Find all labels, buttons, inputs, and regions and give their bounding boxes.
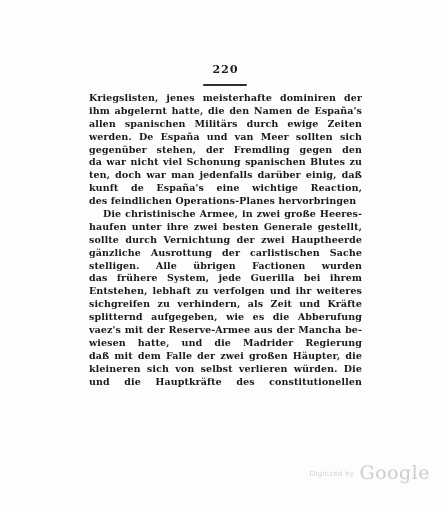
- text-line: gegenüber stehen, der Fremdling gegen de…: [89, 145, 362, 158]
- text-line: splitternd aufgegeben, wie es die Abberu…: [89, 312, 362, 325]
- text-line: da war nicht viel Schonung spanischen Bl…: [89, 157, 362, 170]
- text-line: ihm abgelernt hatte, die den Namen de Es…: [89, 106, 362, 119]
- text-line: Entstehen, lebhaft zu verfolgen und ihr …: [89, 286, 362, 299]
- text-line: kleineren sich von selbst verlieren würd…: [89, 364, 362, 377]
- text-line: gänzliche Ausrottung der carlistischen S…: [89, 248, 362, 261]
- text-line: allen spanischen Militärs durch ewige Ze…: [89, 119, 362, 132]
- text-line: sollte durch Vernichtung der zwei Haupth…: [89, 235, 362, 248]
- text-line: vaez's mit der Reserve-Armee aus der Man…: [89, 325, 362, 338]
- text-line: daß mit dem Falle der zwei großen Häupte…: [89, 351, 362, 364]
- header-rule: [203, 84, 247, 86]
- digitized-by-label: Digitized by: [310, 469, 355, 478]
- page-number: 220: [89, 63, 362, 76]
- text-line: und die Hauptkräfte des constitutionelle…: [89, 377, 362, 390]
- google-watermark: Digitized by Google: [0, 462, 430, 484]
- text-line: das frühere System, jede Guerilla bei ih…: [89, 273, 362, 286]
- text-line: kunft de España's eine wichtige Reaction…: [89, 183, 362, 196]
- text-line: werden. De España und van Meer sollten s…: [89, 132, 362, 145]
- text-line: sichgreifen zu verhindern, als Zeit und …: [89, 299, 362, 312]
- body-text: Kriegslisten, jenes meisterhafte dominir…: [89, 93, 362, 389]
- text-line: Kriegslisten, jenes meisterhafte dominir…: [89, 93, 362, 106]
- text-line: wiesen hatte, und die Madrider Regierung…: [89, 338, 362, 351]
- text-line: ten, doch war man jedenfalls darüber ein…: [89, 170, 362, 183]
- google-logo: Google: [359, 462, 430, 484]
- text-line: des feindlichen Operations-Planes hervor…: [89, 196, 362, 209]
- text-line: haufen unter ihre zwei besten Generale g…: [89, 222, 362, 235]
- text-line: Die christinische Armee, in zwei große H…: [89, 209, 362, 222]
- book-page: 220 Kriegslisten, jenes meisterhafte dom…: [0, 0, 448, 512]
- text-line: stelligen. Alle übrigen Factionen wurden…: [89, 261, 362, 274]
